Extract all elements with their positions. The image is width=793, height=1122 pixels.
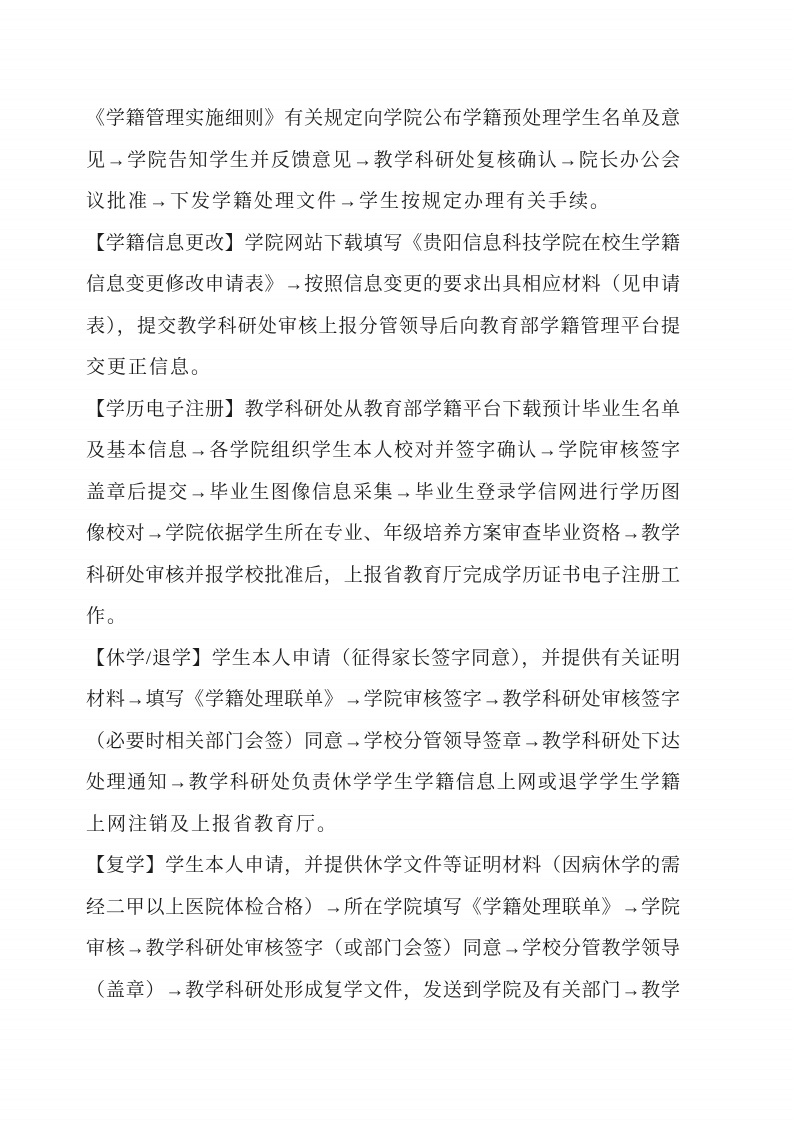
text-line: 【学历电子注册】教学科研处从教育部学籍平台下载预计毕业生名单 <box>86 389 680 431</box>
text-line: 《学籍管理实施细则》有关规定向学院公布学籍预处理学生名单及意 <box>86 98 680 140</box>
text-line: （盖章）→教学科研处形成复学文件，发送到学院及有关部门→教学 <box>86 970 680 1012</box>
text-line: 【学籍信息更改】学院网站下载填写《贵阳信息科技学院在校生学籍 <box>86 223 680 265</box>
text-line: 见→学院告知学生并反馈意见→教学科研处复核确认→院长办公会 <box>86 140 680 182</box>
text-line: 议批准→下发学籍处理文件→学生按规定办理有关手续。 <box>86 181 680 223</box>
text-line: 上网注销及上报省教育厅。 <box>86 804 680 846</box>
text-line: 盖章后提交→毕业生图像信息采集→毕业生登录学信网进行学历图 <box>86 472 680 514</box>
text-line: 经二甲以上医院体检合格）→所在学院填写《学籍处理联单》→学院 <box>86 887 680 929</box>
text-line: 表），提交教学科研处审核上报分管领导后向教育部学籍管理平台提 <box>86 306 680 348</box>
text-line: 及基本信息→各学院组织学生本人校对并签字确认→学院审核签字 <box>86 430 680 472</box>
text-line: （必要时相关部门会签）同意→学校分管领导签章→教学科研处下达 <box>86 721 680 763</box>
text-line: 作。 <box>86 596 680 638</box>
text-line: 交更正信息。 <box>86 347 680 389</box>
text-line: 科研处审核并报学校批准后，上报省教育厅完成学历证书电子注册工 <box>86 555 680 597</box>
text-line: 像校对→学院依据学生所在专业、年级培养方案审查毕业资格→教学 <box>86 513 680 555</box>
text-line: 处理通知→教学科研处负责休学学生学籍信息上网或退学学生学籍 <box>86 762 680 804</box>
text-line: 【复学】学生本人申请，并提供休学文件等证明材料（因病休学的需 <box>86 845 680 887</box>
text-line: 【休学/退学】学生本人申请（征得家长签字同意），并提供有关证明 <box>86 638 680 680</box>
text-line: 信息变更修改申请表》→按照信息变更的要求出具相应材料（见申请 <box>86 264 680 306</box>
text-line: 审核→教学科研处审核签字（或部门会签）同意→学校分管教学领导 <box>86 928 680 970</box>
text-line: 材料→填写《学籍处理联单》→学院审核签字→教学科研处审核签字 <box>86 679 680 721</box>
document-text-block: 《学籍管理实施细则》有关规定向学院公布学籍预处理学生名单及意 见→学院告知学生并… <box>86 98 680 1011</box>
